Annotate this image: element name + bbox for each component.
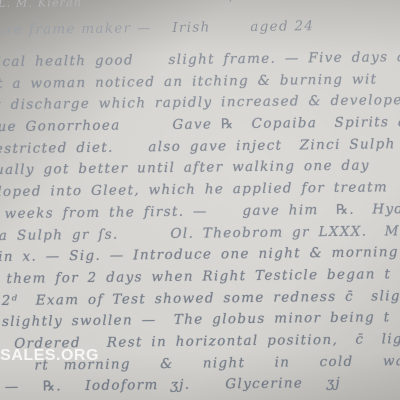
manuscript-line: — ℞. Iodoform ʒj. Glycerine ʒj <box>5 374 400 400</box>
occupation-fragment: ure frame maker — <box>0 20 152 38</box>
patient-name-faint: L. M. Kieran <box>0 0 82 10</box>
nationality-label: Irish <box>172 19 210 35</box>
esales-watermark: eSales.org <box>0 347 99 365</box>
age-label: aged 24 <box>250 18 314 35</box>
manuscript-photo: L. M. Kieran ʼ ure frame maker — Irish a… <box>0 0 400 400</box>
pen-stray-mark: ʼ <box>228 0 232 12</box>
